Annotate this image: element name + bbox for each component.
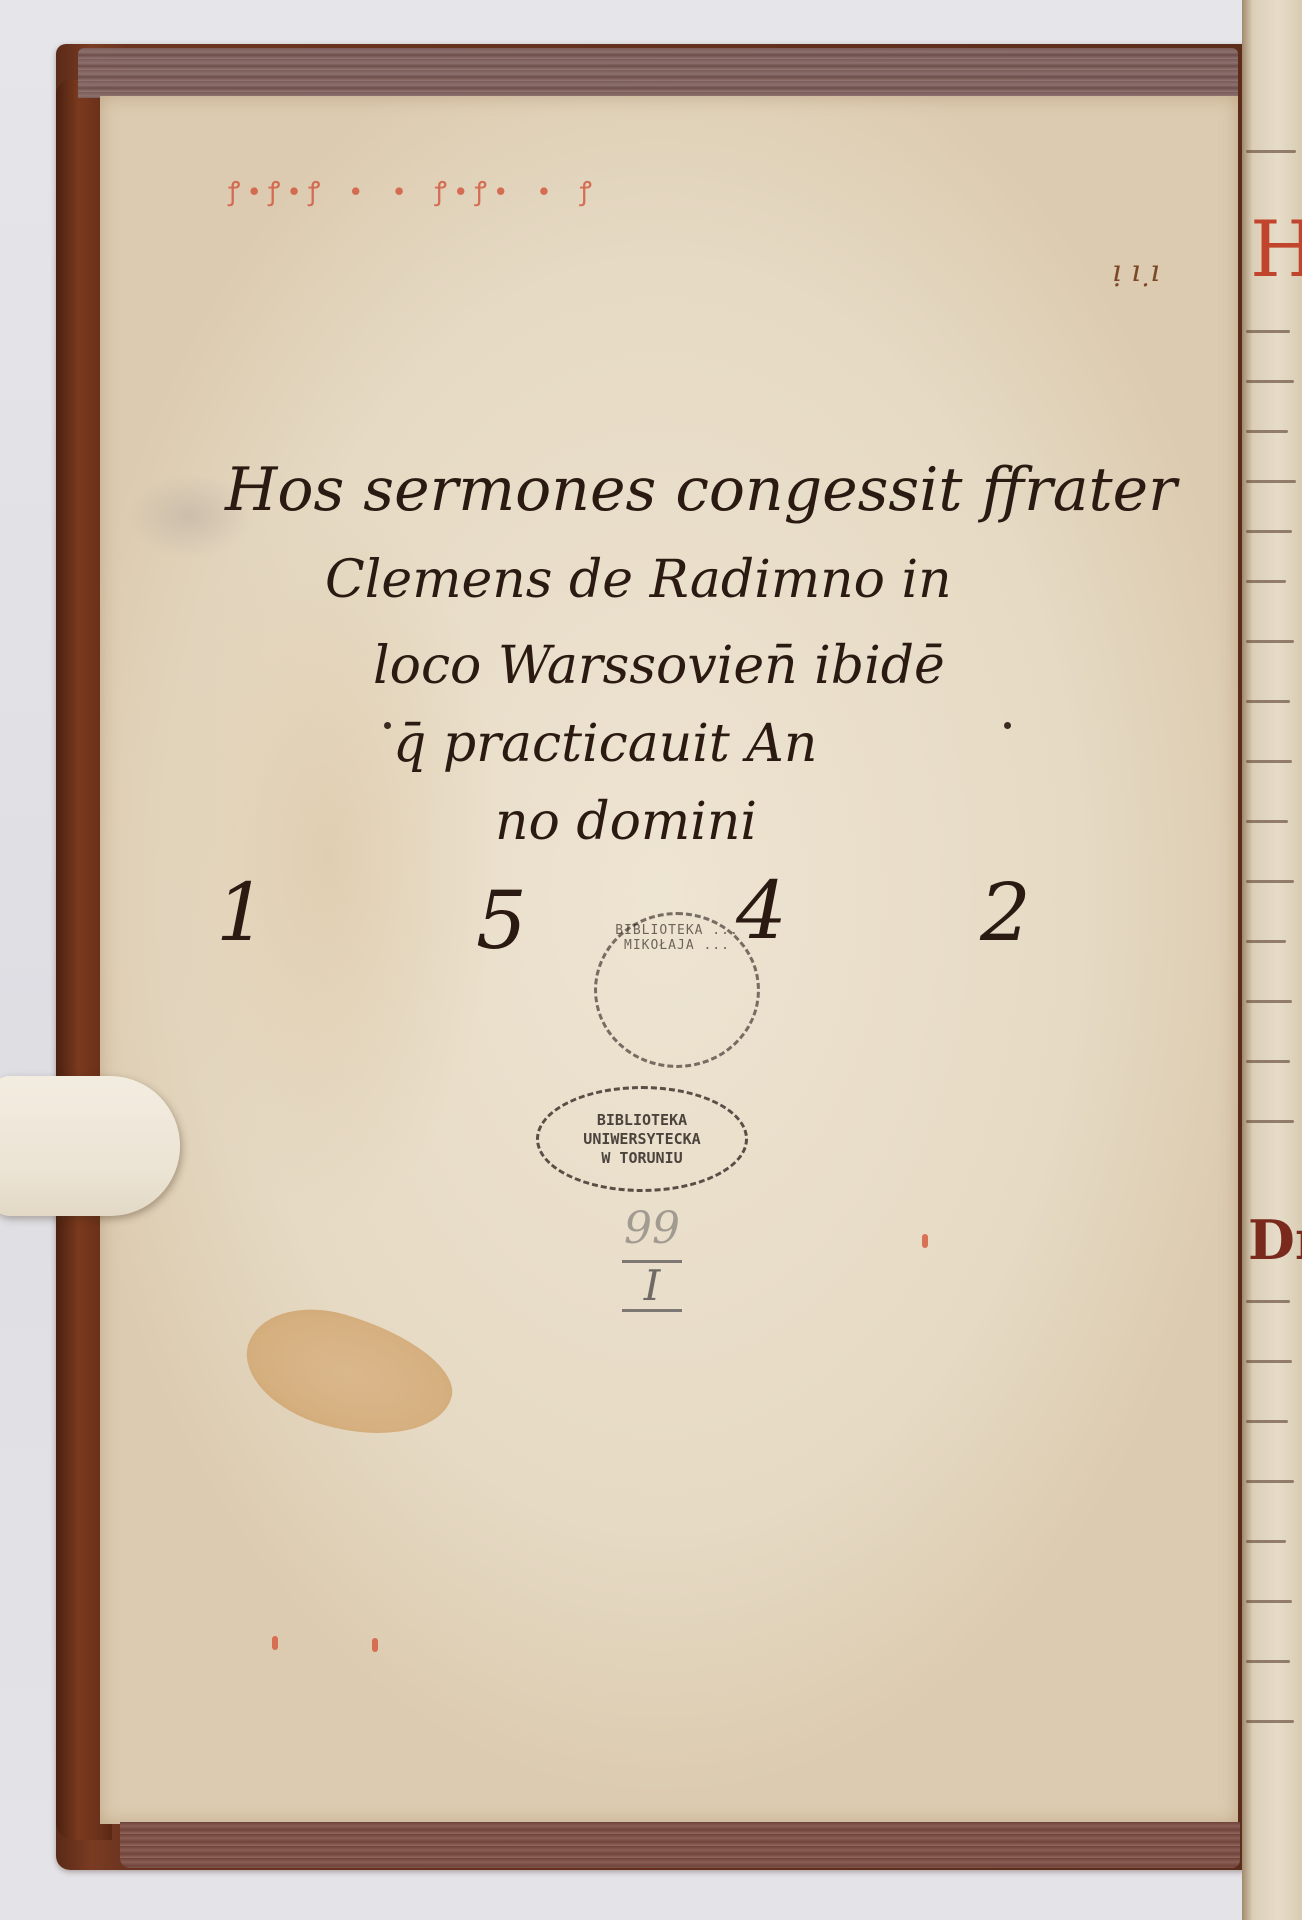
rubric-initial: H xyxy=(1250,205,1302,295)
stamp-line-1: BIBLIOTEKA xyxy=(597,1111,687,1130)
facing-page: H Dnic xyxy=(1242,0,1302,1920)
folio-mark: ı̣ ı ̣ı xyxy=(1112,254,1160,289)
shelf-mark: 99 I xyxy=(612,1204,692,1312)
inscription-line-1: Hos sermones congessit ffrater xyxy=(225,460,1177,520)
shelf-number: 99 xyxy=(612,1204,692,1254)
red-pencil-note: ꝭ∙ꝭ∙ꝭ ∙ ∙ ꝭ∙ꝭ∙ ∙ ꝭ xyxy=(228,172,598,208)
year-digit-2: 5 xyxy=(476,874,527,967)
shelf-volume: I xyxy=(622,1260,682,1312)
water-stain xyxy=(233,1291,466,1457)
stamp-line-2: UNIWERSYTECKA xyxy=(583,1130,700,1149)
inscription-line-3: loco Warssovien̄ ibidē xyxy=(373,636,945,696)
inscription-line-5: no domini xyxy=(495,792,757,852)
binding-top-edge xyxy=(78,48,1238,98)
facing-heading: Dnic xyxy=(1248,1208,1302,1272)
flyleaf-page: ꝭ∙ꝭ∙ꝭ ∙ ∙ ꝭ∙ꝭ∙ ∙ ꝭ ı̣ ı ̣ı Hos sermones … xyxy=(100,96,1238,1824)
ink-dot xyxy=(1004,722,1011,729)
binding-bottom-edge xyxy=(120,1822,1240,1868)
year-digit-1: 1 xyxy=(216,866,267,959)
oval-library-stamp: BIBLIOTEKA UNIWERSYTECKA W TORUNIU xyxy=(536,1086,748,1192)
inscription-line-2: Clemens de Radimno in xyxy=(325,550,952,610)
stamp-line-3: W TORUNIU xyxy=(601,1149,682,1168)
red-speck xyxy=(922,1234,928,1248)
red-speck xyxy=(272,1636,278,1650)
bone-folder-bookmark xyxy=(0,1076,180,1216)
inscription-line-4: q̄ practicauit An xyxy=(393,714,817,774)
red-speck xyxy=(372,1638,378,1652)
round-library-stamp: BIBLIOTEKA ... MIKOŁAJA ... xyxy=(594,912,760,1068)
year-digit-4: 2 xyxy=(980,866,1031,959)
ink-dot xyxy=(384,722,391,729)
